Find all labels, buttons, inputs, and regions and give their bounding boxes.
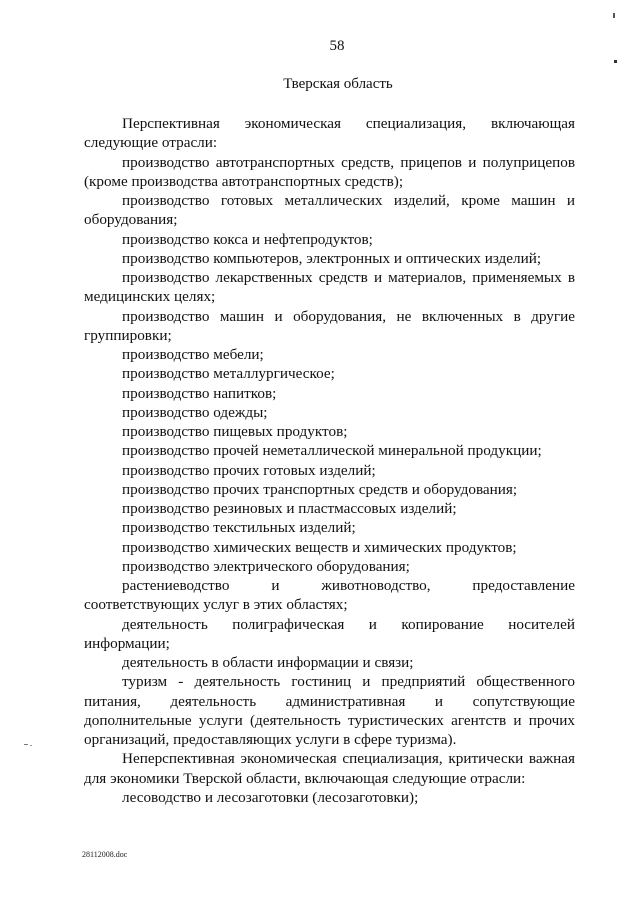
- list-item: производство лекарственных средств и мат…: [84, 268, 575, 307]
- list-item: производство резиновых и пластмассовых и…: [84, 499, 575, 518]
- list-item: производство прочих транспортных средств…: [84, 480, 575, 499]
- footer-filename: 28112008.doc: [82, 850, 127, 859]
- list-item: производство автотранспортных средств, п…: [84, 153, 575, 192]
- list-item: деятельность в области информации и связ…: [84, 653, 575, 672]
- body-text: Перспективная экономическая специализаци…: [84, 114, 575, 807]
- page-number: 58: [0, 38, 640, 55]
- list-item: производство мебели;: [84, 345, 575, 364]
- scan-artifact: [24, 744, 28, 745]
- list-item: производство электрического оборудования…: [84, 557, 575, 576]
- list-item: деятельность полиграфическая и копирован…: [84, 615, 575, 654]
- list-item: лесоводство и лесозаготовки (лесозаготов…: [84, 788, 575, 807]
- list-item: производство напитков;: [84, 384, 575, 403]
- list-item: производство металлургическое;: [84, 364, 575, 383]
- list-item: производство машин и оборудования, не вк…: [84, 307, 575, 346]
- list-item: производство прочей неметаллической мине…: [84, 441, 575, 460]
- list-item: производство компьютеров, электронных и …: [84, 249, 575, 268]
- list-item: туризм - деятельность гостиниц и предпри…: [84, 672, 575, 749]
- list-item: производство кокса и нефтепродуктов;: [84, 230, 575, 249]
- list-item: растениеводство и животноводство, предос…: [84, 576, 575, 615]
- list-item: производство одежды;: [84, 403, 575, 422]
- scan-artifact: [613, 13, 615, 18]
- list-item: производство пищевых продуктов;: [84, 422, 575, 441]
- list-item: производство текстильных изделий;: [84, 518, 575, 537]
- section-title: Тверская область: [0, 76, 640, 93]
- list-item: производство прочих готовых изделий;: [84, 461, 575, 480]
- paragraph: Перспективная экономическая специализаци…: [84, 114, 575, 153]
- scan-artifact: [30, 745, 32, 746]
- paragraph: Неперспективная экономическая специализа…: [84, 749, 575, 788]
- list-item: производство химических веществ и химиче…: [84, 538, 575, 557]
- scan-artifact: [614, 60, 617, 63]
- list-item: производство готовых металлических издел…: [84, 191, 575, 230]
